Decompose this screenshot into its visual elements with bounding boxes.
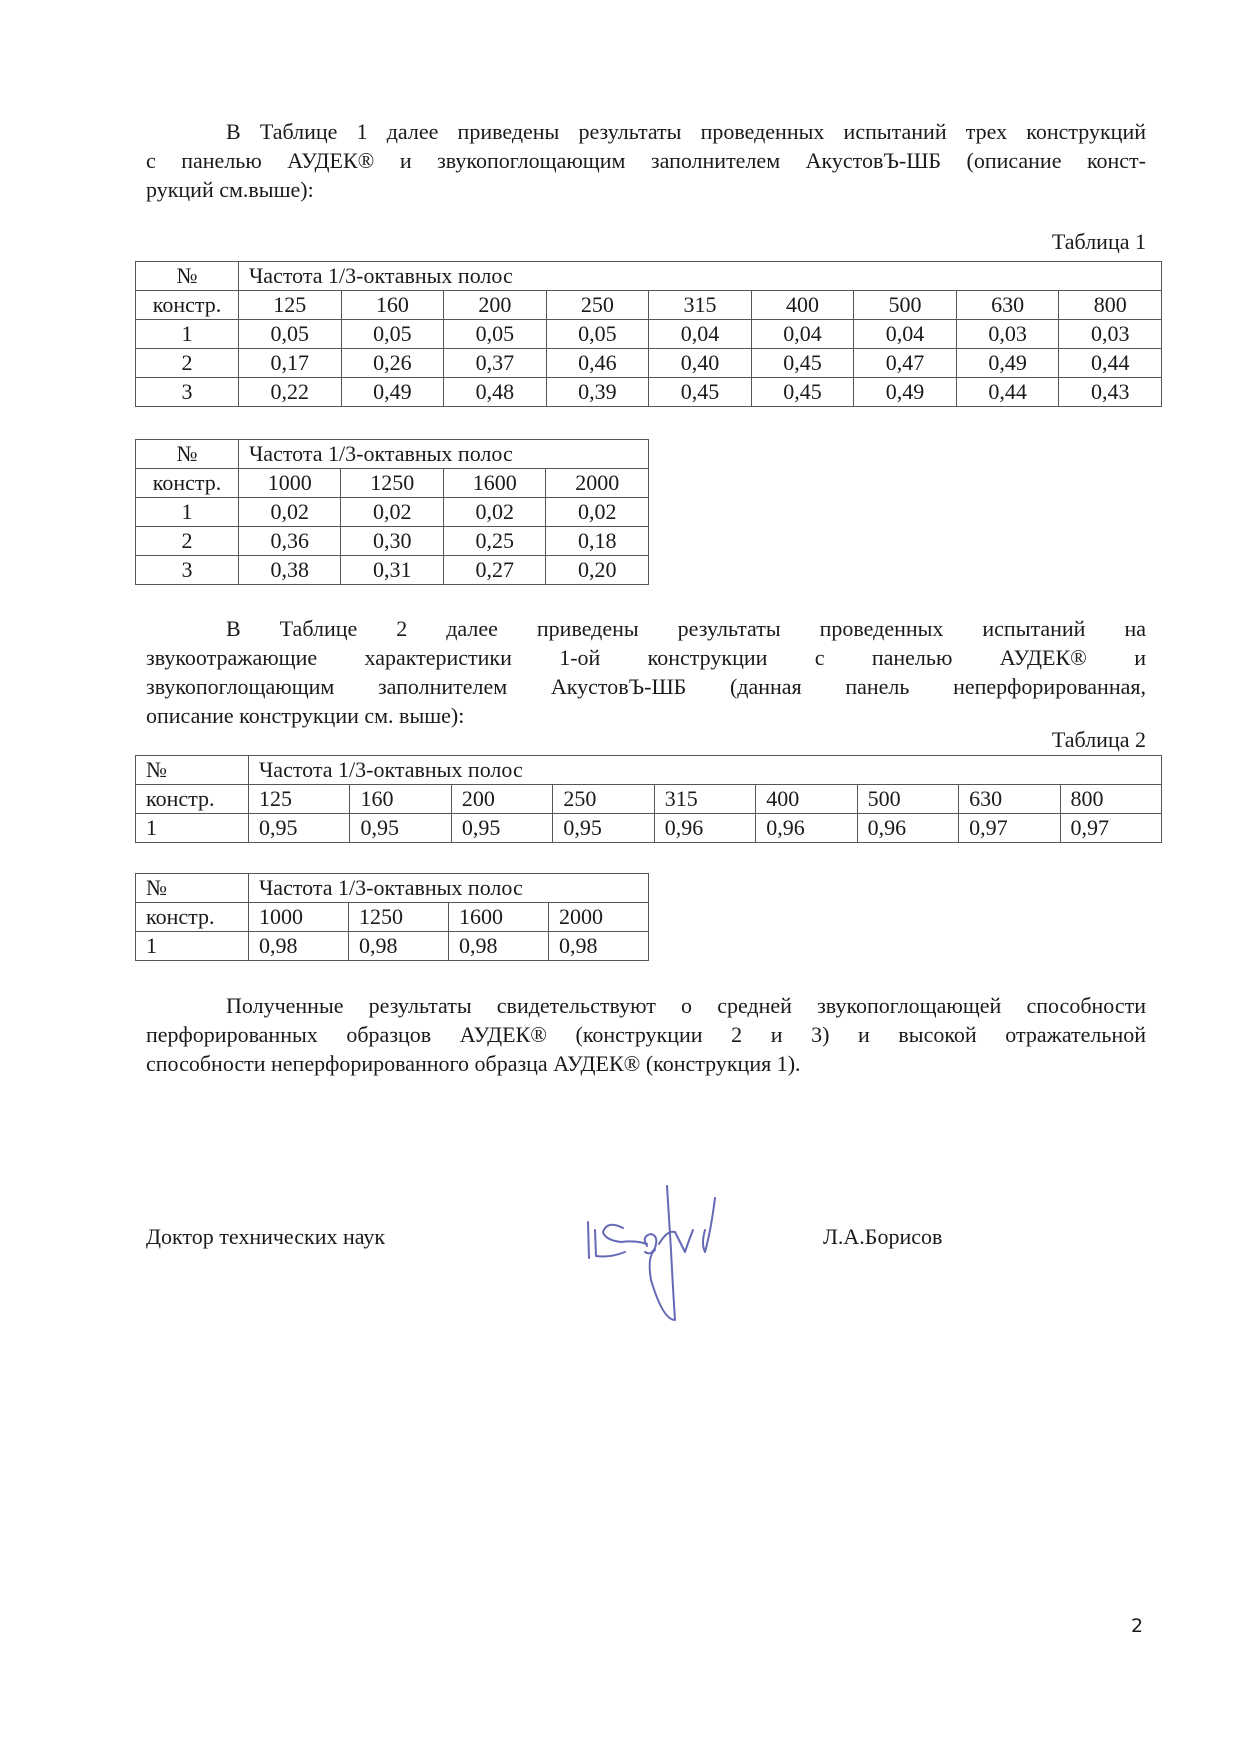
intro-line-2: с панелью АУДЕК® и звукопоглощающим запо… bbox=[146, 146, 1146, 175]
table-cell: 0,05 bbox=[239, 320, 342, 349]
constr-header: констр. bbox=[136, 785, 249, 814]
frequency-header: 315 bbox=[654, 785, 755, 814]
second-line-3: звукопоглощающим заполнителем АкустовЪ-Ш… bbox=[146, 672, 1146, 701]
frequency-header: 200 bbox=[444, 291, 547, 320]
conclusion-line-2: перфорированных образцов АУДЕК® (констру… bbox=[146, 1020, 1146, 1049]
table1-caption: Таблица 1 bbox=[1052, 229, 1146, 255]
intro-paragraph: В Таблице 1 далее приведены результаты п… bbox=[146, 117, 1146, 204]
table-cell: 0,44 bbox=[956, 378, 1059, 407]
second-line-2: звукоотражающие характеристики 1-ой конс… bbox=[146, 643, 1146, 672]
num-header: № bbox=[136, 874, 249, 903]
table-row: 10,020,020,020,02 bbox=[136, 498, 649, 527]
table-cell: 0,30 bbox=[341, 527, 443, 556]
second-paragraph: В Таблице 2 далее приведены результаты п… bbox=[146, 614, 1146, 730]
table-cell: 0,48 bbox=[444, 378, 547, 407]
frequency-header: 1600 bbox=[443, 469, 545, 498]
conclusion-paragraph: Полученные результаты свидетельствуют о … bbox=[146, 991, 1146, 1078]
table-cell: 0,20 bbox=[546, 556, 649, 585]
table-cell: 0,98 bbox=[448, 932, 548, 961]
table-cell: 0,05 bbox=[341, 320, 444, 349]
frequency-header: 500 bbox=[854, 291, 957, 320]
signer-title: Доктор технических наук bbox=[146, 1224, 385, 1250]
page-number: 2 bbox=[1131, 1615, 1143, 1637]
table-cell: 0,38 bbox=[239, 556, 341, 585]
frequency-header: 2000 bbox=[548, 903, 648, 932]
table2-part2: № Частота 1/3-октавных полос констр.1000… bbox=[135, 873, 649, 961]
intro-line-3: рукций см.выше): bbox=[146, 175, 1146, 204]
table-cell: 0,47 bbox=[854, 349, 957, 378]
constr-number: 3 bbox=[136, 378, 239, 407]
table-cell: 0,97 bbox=[1060, 814, 1162, 843]
frequency-header: 1250 bbox=[341, 469, 443, 498]
constr-number: 3 bbox=[136, 556, 239, 585]
intro-line-1: В Таблице 1 далее приведены результаты п… bbox=[226, 119, 1146, 144]
conclusion-line-3: способности неперфорированного образца А… bbox=[146, 1049, 1146, 1078]
table-cell: 0,45 bbox=[751, 378, 854, 407]
table-cell: 0,95 bbox=[451, 814, 552, 843]
table-cell: 0,18 bbox=[546, 527, 649, 556]
constr-header: констр. bbox=[136, 903, 249, 932]
constr-number: 1 bbox=[136, 932, 249, 961]
frequency-header: 1000 bbox=[249, 903, 349, 932]
table-cell: 0,96 bbox=[654, 814, 755, 843]
frequency-header: 1250 bbox=[348, 903, 448, 932]
table-cell: 0,31 bbox=[341, 556, 443, 585]
frequency-header: 250 bbox=[553, 785, 654, 814]
second-line-1: В Таблице 2 далее приведены результаты п… bbox=[226, 616, 1146, 641]
frequency-header: 2000 bbox=[546, 469, 649, 498]
table-cell: 0,03 bbox=[956, 320, 1059, 349]
num-header: № bbox=[136, 262, 239, 291]
table-cell: 0,40 bbox=[649, 349, 752, 378]
frequency-header: 125 bbox=[249, 785, 350, 814]
signature-icon bbox=[555, 1160, 765, 1330]
frequency-header: 200 bbox=[451, 785, 552, 814]
constr-number: 2 bbox=[136, 349, 239, 378]
constr-number: 2 bbox=[136, 527, 239, 556]
constr-header: констр. bbox=[136, 469, 239, 498]
constr-number: 1 bbox=[136, 814, 249, 843]
table-cell: 0,95 bbox=[249, 814, 350, 843]
conclusion-line-1: Полученные результаты свидетельствуют о … bbox=[226, 993, 1146, 1018]
frequency-header: 250 bbox=[546, 291, 649, 320]
table-cell: 0,04 bbox=[751, 320, 854, 349]
table-row: 10,050,050,050,050,040,040,040,030,03 bbox=[136, 320, 1162, 349]
table-cell: 0,45 bbox=[649, 378, 752, 407]
frequency-header: 400 bbox=[751, 291, 854, 320]
frequency-header: 500 bbox=[857, 785, 958, 814]
table-cell: 0,49 bbox=[854, 378, 957, 407]
num-header: № bbox=[136, 756, 249, 785]
table-row: 10,950,950,950,950,960,960,960,970,97 bbox=[136, 814, 1162, 843]
constr-number: 1 bbox=[136, 498, 239, 527]
table-cell: 0,49 bbox=[341, 378, 444, 407]
table-cell: 0,02 bbox=[443, 498, 545, 527]
table-cell: 0,39 bbox=[546, 378, 649, 407]
table-cell: 0,26 bbox=[341, 349, 444, 378]
table-cell: 0,98 bbox=[249, 932, 349, 961]
table-cell: 0,17 bbox=[239, 349, 342, 378]
frequency-header: 160 bbox=[350, 785, 451, 814]
frequency-header: 800 bbox=[1060, 785, 1162, 814]
frequency-header: 400 bbox=[756, 785, 857, 814]
table-cell: 0,02 bbox=[546, 498, 649, 527]
table-cell: 0,25 bbox=[443, 527, 545, 556]
table-row: 20,360,300,250,18 bbox=[136, 527, 649, 556]
table-cell: 0,02 bbox=[239, 498, 341, 527]
table-cell: 0,98 bbox=[548, 932, 648, 961]
table-cell: 0,22 bbox=[239, 378, 342, 407]
freq-header: Частота 1/3-октавных полос bbox=[239, 440, 649, 469]
table2-caption: Таблица 2 bbox=[1052, 727, 1146, 753]
table-cell: 0,96 bbox=[756, 814, 857, 843]
freq-header: Частота 1/3-октавных полос bbox=[239, 262, 1162, 291]
frequency-header: 125 bbox=[239, 291, 342, 320]
table-cell: 0,95 bbox=[553, 814, 654, 843]
frequency-header: 630 bbox=[956, 291, 1059, 320]
frequency-header: 1000 bbox=[239, 469, 341, 498]
num-header: № bbox=[136, 440, 239, 469]
table-cell: 0,05 bbox=[444, 320, 547, 349]
table-row: 30,380,310,270,20 bbox=[136, 556, 649, 585]
table-cell: 0,49 bbox=[956, 349, 1059, 378]
table-cell: 0,03 bbox=[1059, 320, 1162, 349]
table-cell: 0,95 bbox=[350, 814, 451, 843]
constr-number: 1 bbox=[136, 320, 239, 349]
table-cell: 0,36 bbox=[239, 527, 341, 556]
table-cell: 0,27 bbox=[443, 556, 545, 585]
table-cell: 0,05 bbox=[546, 320, 649, 349]
table-cell: 0,02 bbox=[341, 498, 443, 527]
freq-header: Частота 1/3-октавных полос bbox=[249, 756, 1162, 785]
table-cell: 0,98 bbox=[348, 932, 448, 961]
frequency-header: 315 bbox=[649, 291, 752, 320]
table-row: 20,170,260,370,460,400,450,470,490,44 bbox=[136, 349, 1162, 378]
freq-header: Частота 1/3-октавных полос bbox=[249, 874, 649, 903]
table-cell: 0,96 bbox=[857, 814, 958, 843]
table-row: 30,220,490,480,390,450,450,490,440,43 bbox=[136, 378, 1162, 407]
table-cell: 0,37 bbox=[444, 349, 547, 378]
table1-part1: № Частота 1/3-октавных полос констр.1251… bbox=[135, 261, 1162, 407]
constr-header: констр. bbox=[136, 291, 239, 320]
table-cell: 0,04 bbox=[854, 320, 957, 349]
table-cell: 0,97 bbox=[959, 814, 1060, 843]
table-cell: 0,44 bbox=[1059, 349, 1162, 378]
second-line-4: описание конструкции см. выше): bbox=[146, 701, 1146, 730]
table-cell: 0,45 bbox=[751, 349, 854, 378]
table-cell: 0,43 bbox=[1059, 378, 1162, 407]
table-cell: 0,04 bbox=[649, 320, 752, 349]
frequency-header: 630 bbox=[959, 785, 1060, 814]
signer-name: Л.А.Борисов bbox=[823, 1224, 942, 1250]
frequency-header: 160 bbox=[341, 291, 444, 320]
table1-part2: № Частота 1/3-октавных полос констр.1000… bbox=[135, 439, 649, 585]
table-cell: 0,46 bbox=[546, 349, 649, 378]
table-row: 10,980,980,980,98 bbox=[136, 932, 649, 961]
frequency-header: 1600 bbox=[448, 903, 548, 932]
table2-part1: № Частота 1/3-октавных полос констр.1251… bbox=[135, 755, 1162, 843]
frequency-header: 800 bbox=[1059, 291, 1162, 320]
